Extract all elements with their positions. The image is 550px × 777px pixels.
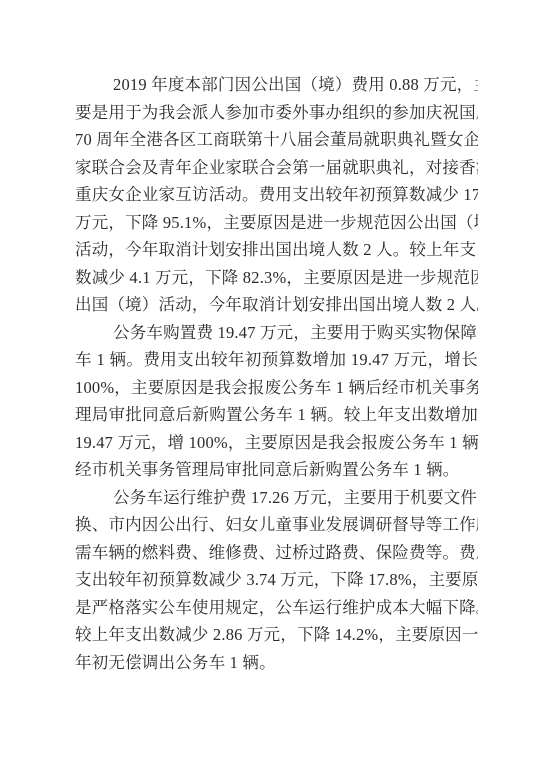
text-line: 较上年支出数减少 2.86 万元，下降 14.2%，主要原因一是: [75, 621, 478, 649]
text-line: 理局审批同意后新购置公务车 1 辆。较上年支出数增加: [75, 401, 478, 429]
paragraph: 公务车购置费 19.47 万元，主要用于购买实物保障公务车 1 辆。费用支出较年…: [75, 319, 478, 484]
text-line: 换、市内因公出行、妇女儿童事业发展调研督导等工作所: [75, 511, 478, 539]
text-line: 车 1 辆。费用支出较年初预算数增加 19.47 万元，增长: [75, 346, 478, 374]
text-line: 19.47 万元，增 100%，主要原因是我会报废公务车 1 辆后: [75, 429, 478, 457]
text-line: 数减少 4.1 万元，下降 82.3%，主要原因是进一步规范因公: [75, 264, 478, 292]
text-line: 70 周年全港各区工商联第十八届会董局就职典礼暨女企业: [75, 126, 478, 154]
text-line: 经市机关事务管理局审批同意后新购置公务车 1 辆。: [75, 456, 478, 484]
paragraphs-container: 2019 年度本部门因公出国（境）费用 0.88 万元，主要是用于为我会派人参加…: [75, 71, 478, 676]
document-page: 2019 年度本部门因公出国（境）费用 0.88 万元，主要是用于为我会派人参加…: [0, 0, 550, 777]
text-line: 要是用于为我会派人参加市委外事办组织的参加庆祝国庆: [75, 99, 478, 127]
text-line: 是严格落实公车使用规定，公车运行维护成本大幅下降。: [75, 594, 478, 622]
text-line: 公务车运行维护费 17.26 万元，主要用于机要文件交: [75, 484, 478, 512]
text-line: 支出较年初预算数减少 3.74 万元，下降 17.8%，主要原因: [75, 566, 478, 594]
paragraph: 2019 年度本部门因公出国（境）费用 0.88 万元，主要是用于为我会派人参加…: [75, 71, 478, 319]
text-line: 活动，今年取消计划安排出国出境人数 2 人。较上年支出: [75, 236, 478, 264]
text-line: 100%，主要原因是我会报废公务车 1 辆后经市机关事务管: [75, 374, 478, 402]
text-line: 家联合会及青年企业家联合会第一届就职典礼，对接香港: [75, 154, 478, 182]
text-line: 年初无偿调出公务车 1 辆。: [75, 649, 478, 677]
text-line: 万元，下降 95.1%，主要原因是进一步规范因公出国（境）: [75, 209, 478, 237]
text-line: 需车辆的燃料费、维修费、过桥过路费、保险费等。费用: [75, 539, 478, 567]
text-line: 重庆女企业家互访活动。费用支出较年初预算数减少 17.12: [75, 181, 478, 209]
text-line: 出国（境）活动，今年取消计划安排出国出境人数 2 人。: [75, 291, 478, 319]
text-line: 公务车购置费 19.47 万元，主要用于购买实物保障公务: [75, 319, 478, 347]
paragraph: 公务车运行维护费 17.26 万元，主要用于机要文件交换、市内因公出行、妇女儿童…: [75, 484, 478, 677]
text-line: 2019 年度本部门因公出国（境）费用 0.88 万元，主: [75, 71, 478, 99]
